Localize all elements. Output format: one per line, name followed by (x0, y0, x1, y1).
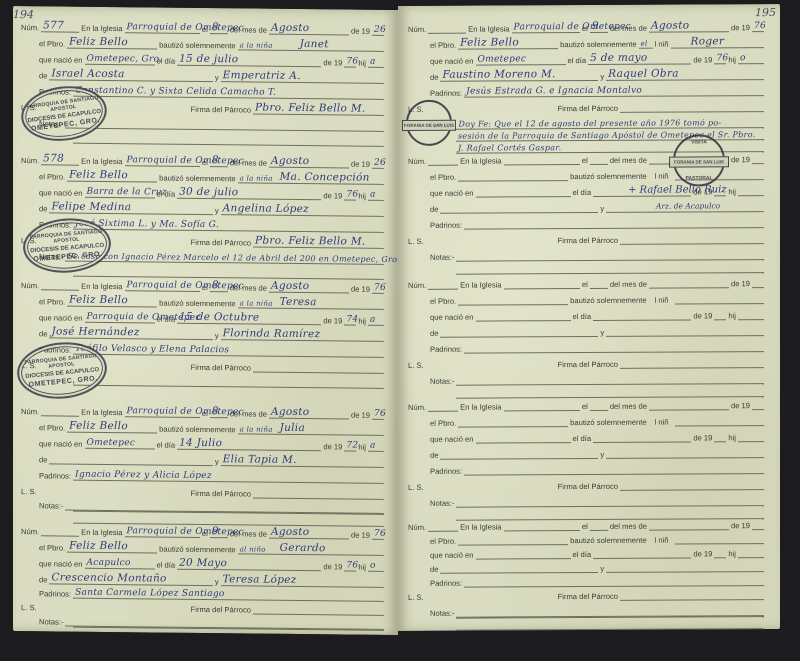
baptism-entry: Núm. En la Iglesia Parroquial de Ometepe… (13, 522, 398, 646)
pbro-field: Feliz Bello (67, 37, 157, 50)
num-label: Núm. (19, 23, 41, 32)
baptism-entry-blank: Núm. En la Iglesia el del mes de de 19 e… (398, 516, 780, 638)
num-field: 577 (41, 20, 79, 32)
bishop-signature: + Rafael Bello Ruiz (628, 184, 727, 196)
lugar-field: Ometepec, Gro. (85, 53, 155, 66)
baptism-entry-blank: Núm. En la Iglesia el del mes de de 19 e… (398, 396, 780, 518)
fecha-field: 15 de julio (177, 54, 321, 68)
nombre-field: Janet (260, 39, 384, 52)
padrinos-field: Constantino C. y Sixta Celida Camacho T. (73, 85, 384, 100)
mes-field: Agosto (269, 23, 349, 36)
bishop-title: Arz. de Acapulco (656, 201, 720, 210)
firma-field: Pbro. Feliz Bello M. (253, 103, 384, 116)
dia-field: 8 (210, 22, 228, 34)
right-page: 195 Núm. En la Iglesia Parroquial de Ome… (398, 4, 780, 631)
notas-field (65, 117, 384, 132)
padre-field: Israel Acosta (49, 68, 212, 82)
anio-field: 26 (372, 24, 384, 36)
visit-stamp: VISITA FORANIA DE SAN LUIS PASTORAL (673, 134, 725, 186)
baptism-entry-blank: Núm. En la Iglesia el del mes de de 19 e… (398, 274, 780, 396)
madre-field: Emperatriz A. (221, 70, 384, 84)
baptism-entry: Núm. En la Iglesia Parroquial de Ometepe… (13, 402, 398, 526)
iglesia-field: Parroquial de Ometepec (125, 21, 200, 34)
visit-stamp: FORANIA DE SAN LUIS (406, 100, 452, 146)
left-page: 194 Núm. 577 En la Iglesia Parroquial de… (13, 6, 398, 635)
